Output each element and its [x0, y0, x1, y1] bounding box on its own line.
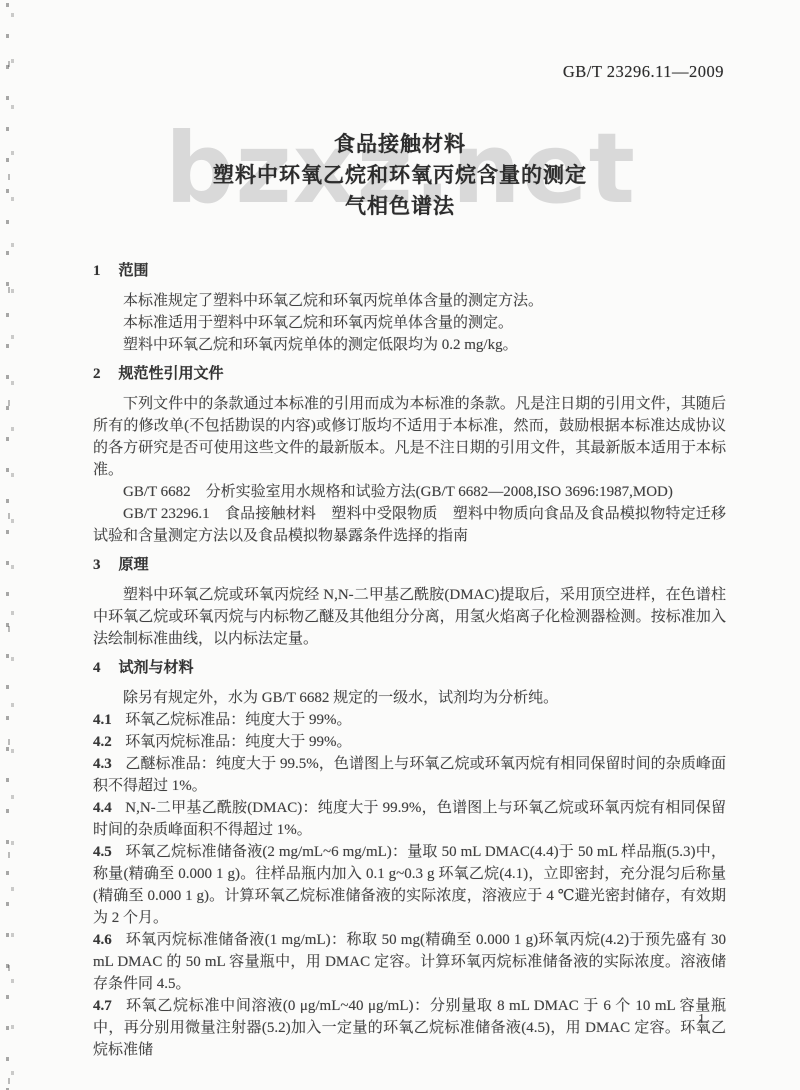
clause-4-3-text: 乙醚标准品：纯度大于 99.5%，色谱图上与环氧乙烷或环氧丙烷有相同保留时间的杂… — [93, 756, 726, 794]
standard-code: GB/T 23296.11—2009 — [563, 62, 724, 82]
title-line-2: 塑料中环氧乙烷和环氧丙烷含量的测定 — [0, 160, 800, 191]
clause-4-1: 4.1环氧乙烷标准品：纯度大于 99%。 — [93, 709, 726, 731]
clause-4-6: 4.6环氧丙烷标准储备液(1 mg/mL)：称取 50 mg(精确至 0.000… — [93, 929, 726, 995]
section-3-number: 3 — [93, 557, 101, 573]
section-2-paragraph: 下列文件中的条款通过本标准的引用而成为本标准的条款。凡是注日期的引用文件，其随后… — [93, 393, 726, 481]
clause-4-1-number: 4.1 — [93, 712, 112, 728]
title-line-1: 食品接触材料 — [0, 129, 800, 160]
section-1-heading: 1范围 — [93, 260, 726, 282]
section-4-number: 4 — [93, 660, 101, 676]
normative-reference: GB/T 6682 分析实验室用水规格和试验方法(GB/T 6682—2008,… — [93, 481, 726, 503]
section-2-title: 规范性引用文件 — [119, 366, 224, 382]
clause-4-2-number: 4.2 — [93, 734, 112, 750]
title-line-3: 气相色谱法 — [0, 191, 800, 222]
clause-4-4-number: 4.4 — [93, 800, 112, 816]
clause-4-2-text: 环氧丙烷标准品：纯度大于 99%。 — [125, 734, 351, 750]
section-1-paragraph: 本标准规定了塑料中环氧乙烷和环氧丙烷单体含量的测定方法。 — [93, 290, 726, 312]
clause-4-4: 4.4N,N-二甲基乙酰胺(DMAC)：纯度大于 99.9%，色谱图上与环氧乙烷… — [93, 797, 726, 841]
clause-4-5: 4.5环氧乙烷标准储备液(2 mg/mL~6 mg/mL)：量取 50 mL D… — [93, 841, 726, 929]
section-1-paragraph: 塑料中环氧乙烷和环氧丙烷单体的测定低限均为 0.2 mg/kg。 — [93, 334, 726, 356]
clause-4-1-text: 环氧乙烷标准品：纯度大于 99%。 — [125, 712, 351, 728]
section-4-paragraph: 除另有规定外，水为 GB/T 6682 规定的一级水，试剂均为分析纯。 — [93, 687, 726, 709]
section-3-heading: 3原理 — [93, 554, 726, 576]
clause-4-3: 4.3乙醚标准品：纯度大于 99.5%，色谱图上与环氧乙烷或环氧丙烷有相同保留时… — [93, 753, 726, 797]
section-1-paragraph: 本标准适用于塑料中环氧乙烷和环氧丙烷单体含量的测定。 — [93, 312, 726, 334]
clause-4-5-text: 环氧乙烷标准储备液(2 mg/mL~6 mg/mL)：量取 50 mL DMAC… — [93, 844, 726, 926]
clause-4-6-text: 环氧丙烷标准储备液(1 mg/mL)：称取 50 mg(精确至 0.000 1 … — [93, 932, 726, 992]
section-3-title: 原理 — [119, 557, 149, 573]
section-4-title: 试剂与材料 — [119, 660, 194, 676]
section-2-number: 2 — [93, 366, 101, 382]
clause-4-7-number: 4.7 — [93, 998, 112, 1014]
normative-reference: GB/T 23296.1 食品接触材料 塑料中受限物质 塑料中物质向食品及食品模… — [93, 503, 726, 547]
clause-4-7-text: 环氧乙烷标准中间溶液(0 μg/mL~40 μg/mL)：分别量取 8 mL D… — [93, 998, 726, 1058]
section-2-heading: 2规范性引用文件 — [93, 363, 726, 385]
section-3-paragraph: 塑料中环氧乙烷或环氧丙烷经 N,N-二甲基乙酰胺(DMAC)提取后，采用顶空进样… — [93, 584, 726, 650]
clause-4-3-number: 4.3 — [93, 756, 112, 772]
document-body: 1范围 本标准规定了塑料中环氧乙烷和环氧丙烷单体含量的测定方法。 本标准适用于塑… — [93, 253, 726, 1061]
clause-4-5-number: 4.5 — [93, 844, 112, 860]
clause-4-2: 4.2环氧丙烷标准品：纯度大于 99%。 — [93, 731, 726, 753]
section-1-title: 范围 — [119, 263, 149, 279]
page-number: 1 — [698, 1012, 705, 1028]
section-4-heading: 4试剂与材料 — [93, 657, 726, 679]
document-title: 食品接触材料 塑料中环氧乙烷和环氧丙烷含量的测定 气相色谱法 — [0, 129, 800, 222]
clause-4-4-text: N,N-二甲基乙酰胺(DMAC)：纯度大于 99.9%，色谱图上与环氧乙烷或环氧… — [93, 800, 726, 838]
section-1-number: 1 — [93, 263, 101, 279]
scanned-standard-page: bzxz.net GB/T 23296.11—2009 食品接触材料 塑料中环氧… — [0, 0, 800, 1090]
clause-4-7: 4.7环氧乙烷标准中间溶液(0 μg/mL~40 μg/mL)：分别量取 8 m… — [93, 995, 726, 1061]
clause-4-6-number: 4.6 — [93, 932, 112, 948]
